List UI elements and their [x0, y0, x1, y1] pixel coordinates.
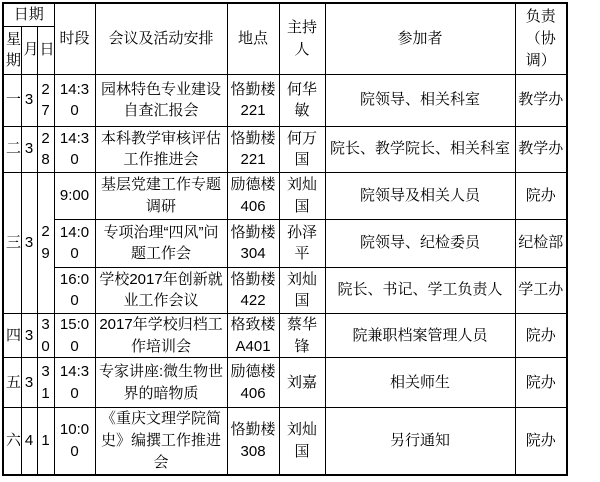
cell-host: 孙泽平 [279, 219, 325, 267]
cell-responsible: 院办 [515, 358, 567, 408]
cell-day: 29 [37, 172, 54, 313]
cell-participants: 院长、教学院长、相关科室 [325, 126, 515, 172]
header-time: 时段 [54, 3, 95, 74]
header-date-group: 日期 [3, 3, 54, 26]
header-row-top: 日期 时段 会议及活动安排 地点 主持人 参加者 负责（协调） [3, 3, 567, 26]
cell-meeting: 园林特色专业建设自查汇报会 [95, 74, 227, 126]
cell-weekday: 二 [3, 126, 21, 172]
header-weekday: 星期 [3, 26, 21, 74]
schedule-table: 日期 时段 会议及活动安排 地点 主持人 参加者 负责（协调） 星期 月 日 一… [2, 2, 568, 476]
header-responsible: 负责（协调） [515, 3, 567, 74]
cell-time: 9:00 [54, 172, 95, 219]
cell-location: 励德楼406 [227, 358, 279, 408]
cell-responsible: 教学办 [515, 74, 567, 126]
cell-weekday: 五 [3, 358, 21, 408]
header-month: 月 [21, 26, 37, 74]
table-row: 六 4 1 10:00 《重庆文理学院简史》编撰工作推进会 恪勤楼308 刘灿国… [3, 408, 567, 475]
cell-participants: 院领导、纪检委员 [325, 219, 515, 267]
header-day: 日 [37, 26, 54, 74]
cell-responsible: 纪检部 [515, 219, 567, 267]
cell-month: 4 [21, 408, 37, 475]
cell-month: 3 [21, 74, 37, 126]
header-location: 地点 [227, 3, 279, 74]
cell-host: 刘嘉 [279, 358, 325, 408]
cell-time: 14:00 [54, 219, 95, 267]
cell-location: 恪勤楼221 [227, 126, 279, 172]
cell-meeting: 《重庆文理学院简史》编撰工作推进会 [95, 408, 227, 475]
cell-weekday: 三 [3, 172, 21, 313]
cell-host: 蔡华锋 [279, 313, 325, 358]
cell-day: 1 [37, 408, 54, 475]
cell-participants: 院长、书记、学工负责人 [325, 267, 515, 313]
cell-time: 14:30 [54, 126, 95, 172]
cell-month: 3 [21, 172, 37, 313]
table-row: 16:00 学校2017年创新就业工作会议 恪勤楼422 刘灿国 院长、书记、学… [3, 267, 567, 313]
cell-time: 14:30 [54, 74, 95, 126]
cell-responsible: 院办 [515, 313, 567, 358]
cell-meeting: 专项治理“四风”问题工作会 [95, 219, 227, 267]
cell-location: 恪勤楼308 [227, 408, 279, 475]
table-row: 一 3 27 14:30 园林特色专业建设自查汇报会 恪勤楼221 何华敏 院领… [3, 74, 567, 126]
cell-time: 10:00 [54, 408, 95, 475]
cell-responsible: 院办 [515, 408, 567, 475]
table-row: 二 3 28 14:30 本科教学审核评估工作推进会 恪勤楼221 何万国 院长… [3, 126, 567, 172]
cell-month: 3 [21, 126, 37, 172]
cell-host: 刘灿国 [279, 267, 325, 313]
cell-host: 何华敏 [279, 74, 325, 126]
table-row: 四 3 30 15:00 2017年学校归档工作培训会 格致楼A401 蔡华锋 … [3, 313, 567, 358]
cell-participants: 院领导、相关科室 [325, 74, 515, 126]
cell-location: 格致楼A401 [227, 313, 279, 358]
cell-location: 励德楼406 [227, 172, 279, 219]
cell-day: 30 [37, 313, 54, 358]
cell-location: 恪勤楼221 [227, 74, 279, 126]
cell-weekday: 六 [3, 408, 21, 475]
cell-location: 恪勤楼304 [227, 219, 279, 267]
header-participants: 参加者 [325, 3, 515, 74]
table-row: 三 3 29 9:00 基层党建工作专题调研 励德楼406 刘灿国 院领导及相关… [3, 172, 567, 219]
header-meeting: 会议及活动安排 [95, 3, 227, 74]
table-row: 14:00 专项治理“四风”问题工作会 恪勤楼304 孙泽平 院领导、纪检委员 … [3, 219, 567, 267]
cell-host: 何万国 [279, 126, 325, 172]
table-row: 五 3 31 14:30 专家讲座:微生物世界的暗物质 励德楼406 刘嘉 相关… [3, 358, 567, 408]
cell-meeting: 学校2017年创新就业工作会议 [95, 267, 227, 313]
page: 日期 时段 会议及活动安排 地点 主持人 参加者 负责（协调） 星期 月 日 一… [0, 0, 600, 482]
cell-meeting: 专家讲座:微生物世界的暗物质 [95, 358, 227, 408]
cell-meeting: 基层党建工作专题调研 [95, 172, 227, 219]
cell-participants: 相关师生 [325, 358, 515, 408]
cell-time: 14:30 [54, 358, 95, 408]
cell-host: 刘灿国 [279, 408, 325, 475]
cell-responsible: 学工办 [515, 267, 567, 313]
cell-responsible: 教学办 [515, 126, 567, 172]
cell-day: 28 [37, 126, 54, 172]
cell-host: 刘灿国 [279, 172, 325, 219]
cell-day: 31 [37, 358, 54, 408]
cell-weekday: 四 [3, 313, 21, 358]
cell-responsible: 院办 [515, 172, 567, 219]
cell-day: 27 [37, 74, 54, 126]
cell-time: 15:00 [54, 313, 95, 358]
cell-meeting: 本科教学审核评估工作推进会 [95, 126, 227, 172]
cell-weekday: 一 [3, 74, 21, 126]
cell-meeting: 2017年学校归档工作培训会 [95, 313, 227, 358]
cell-time: 16:00 [54, 267, 95, 313]
header-host: 主持人 [279, 3, 325, 74]
cell-location: 恪勤楼422 [227, 267, 279, 313]
cell-month: 3 [21, 358, 37, 408]
cell-participants: 院领导及相关人员 [325, 172, 515, 219]
cell-participants: 另行通知 [325, 408, 515, 475]
cell-month: 3 [21, 313, 37, 358]
cell-participants: 院兼职档案管理人员 [325, 313, 515, 358]
